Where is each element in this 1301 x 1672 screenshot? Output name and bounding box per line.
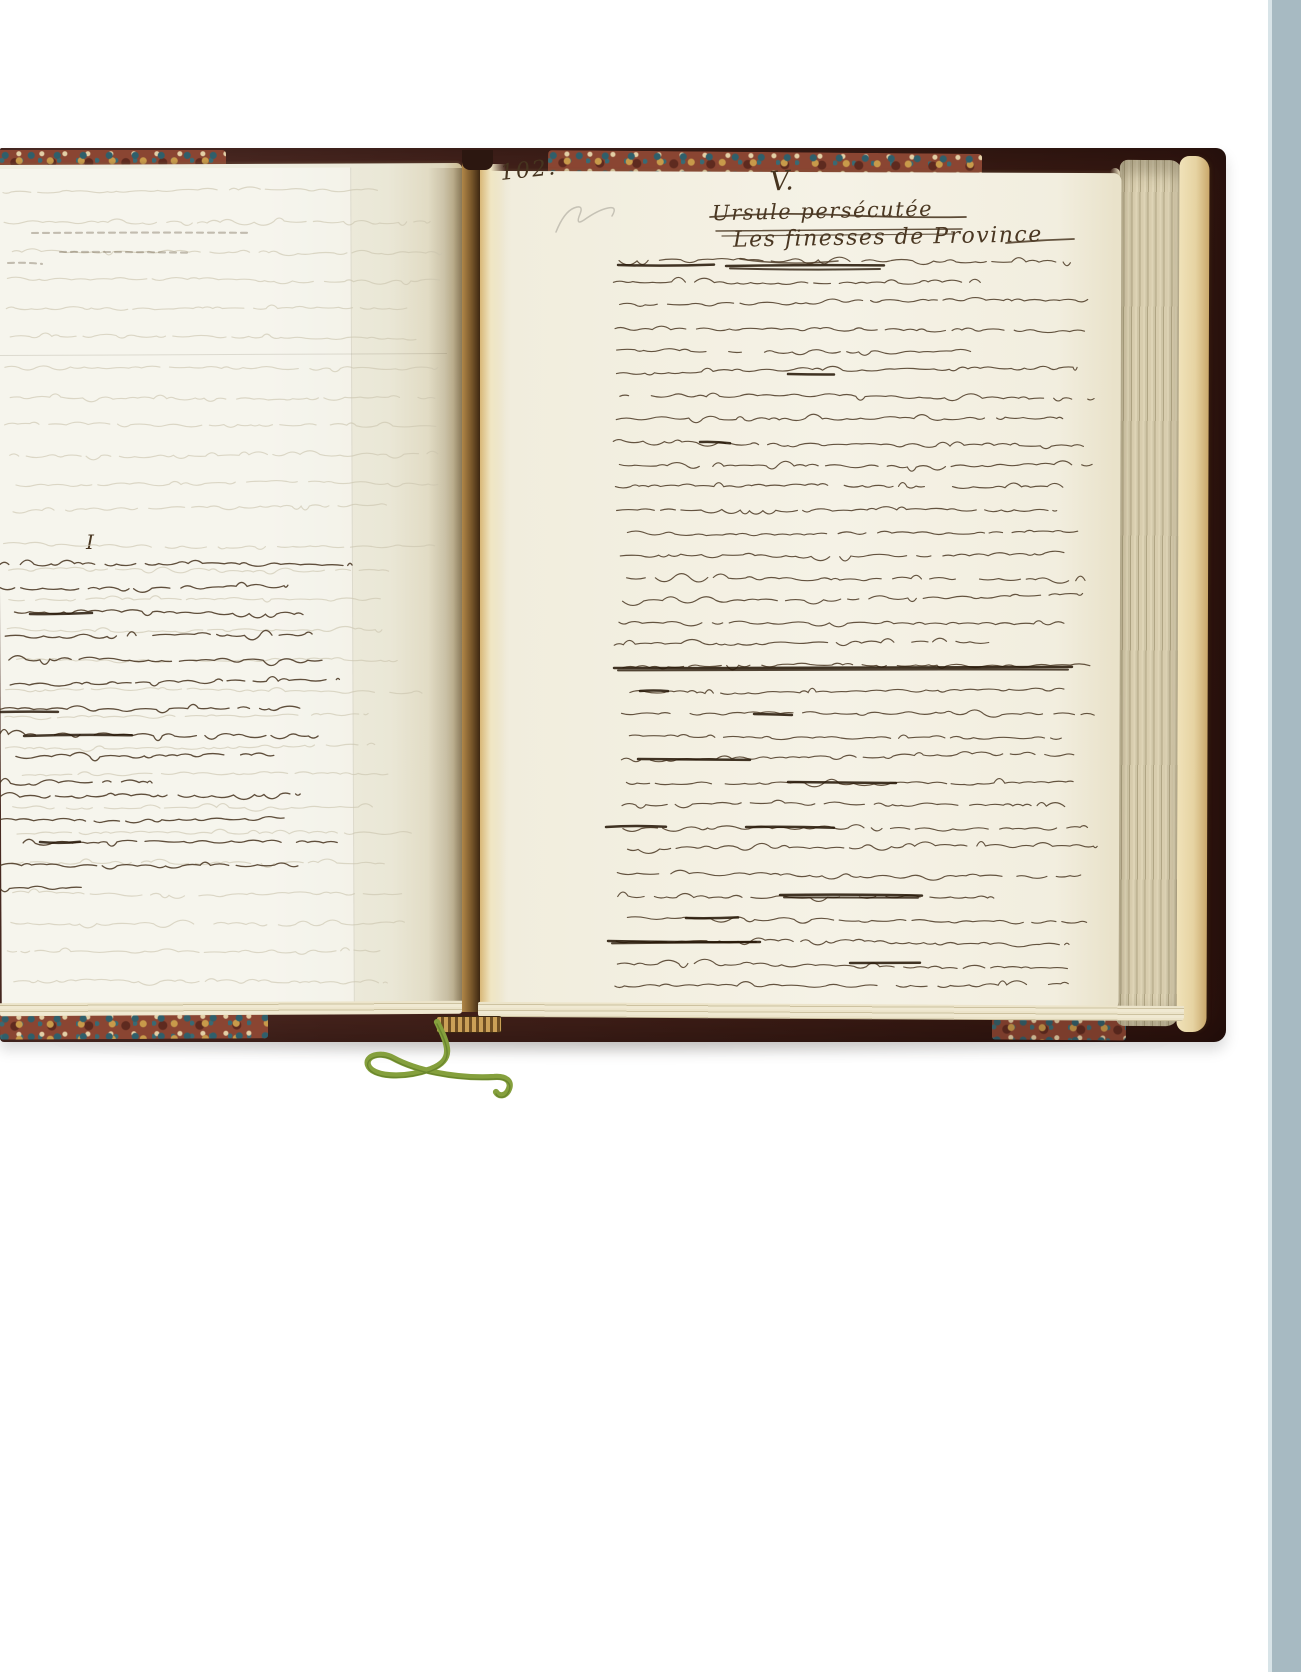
gutter-shadow	[428, 168, 464, 1008]
left-page-edge-stack	[0, 1001, 462, 1016]
spine-top-endband	[462, 150, 493, 170]
spine-headband	[436, 1016, 502, 1033]
page-block-fore-edge	[1116, 160, 1182, 1026]
gutter-spine	[462, 160, 480, 1012]
mounted-sheet	[0, 167, 355, 1003]
left-page-section-numeral: I	[86, 530, 94, 554]
manuscript-photo: 102. V. Ursule persécutée Les finesses d…	[0, 0, 1301, 1672]
marbled-endpaper-bottom-left	[0, 1012, 268, 1039]
left-manuscript-page	[0, 163, 466, 1007]
gutter-page-curl	[480, 164, 506, 1010]
right-manuscript-page	[477, 171, 1122, 1011]
chapter-numeral: V.	[769, 165, 794, 198]
flyleaf-curl	[1176, 156, 1209, 1032]
manuscript-book: 102. V. Ursule persécutée Les finesses d…	[0, 0, 1301, 1672]
struck-chapter-heading: Ursule persécutée	[712, 197, 934, 226]
